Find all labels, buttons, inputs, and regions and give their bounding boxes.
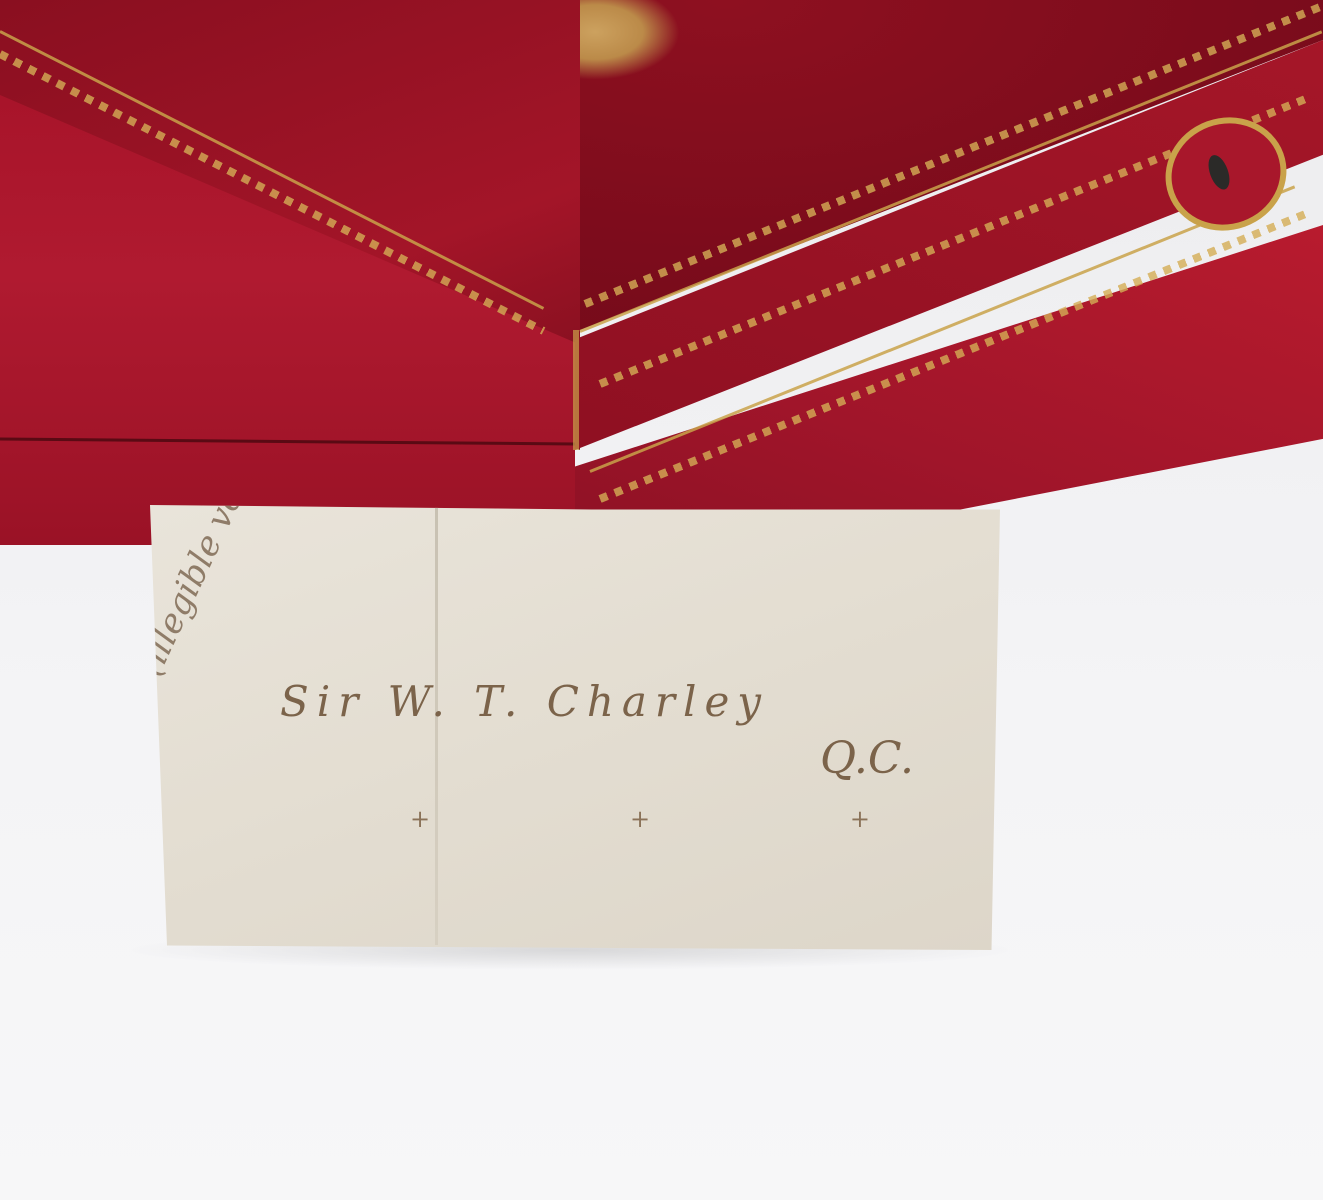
address-line-2: Q.C. (820, 733, 914, 784)
photo-scene: (illegible vertical handwriting) Sir W. … (0, 0, 1323, 1200)
mark: + (410, 805, 430, 833)
address-line-1: Sir W. T. Charley (280, 677, 769, 726)
envelope: (illegible vertical handwriting) Sir W. … (150, 505, 1000, 950)
mark: + (850, 805, 870, 833)
gilt-corner-rule (573, 330, 579, 450)
envelope-marks: + + + (410, 805, 870, 833)
keyhole-icon (1204, 152, 1233, 192)
mark: + (630, 805, 650, 833)
